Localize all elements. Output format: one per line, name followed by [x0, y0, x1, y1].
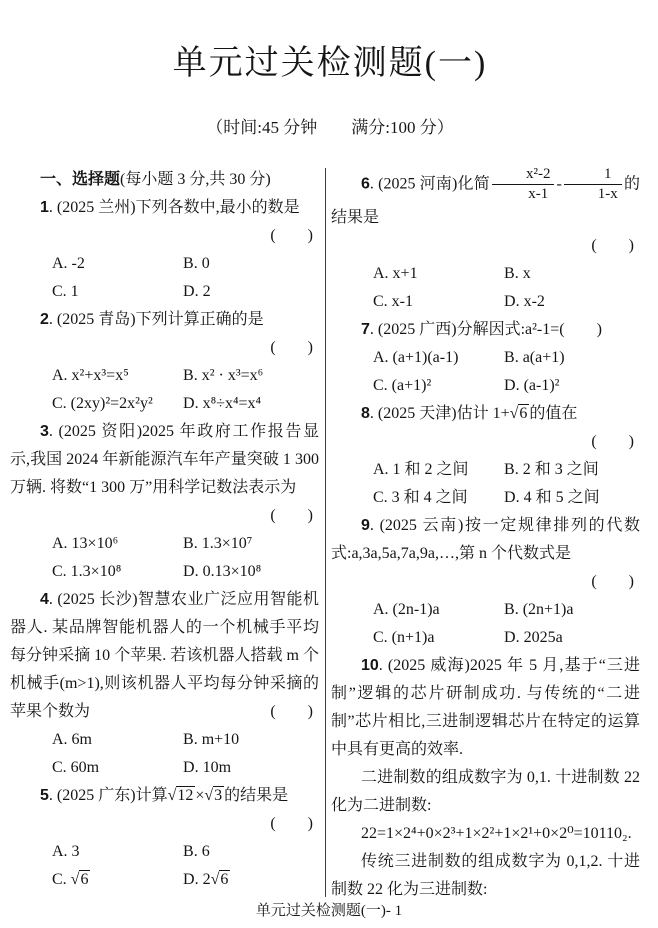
answer-brackets: ( ): [10, 810, 319, 838]
question-4-option-d: D. 10m: [183, 754, 319, 782]
question-6-dot: .: [370, 175, 378, 192]
fraction: x²-2x-1: [492, 166, 555, 204]
question-1-options-ab: A. -2 B. 0: [10, 250, 319, 278]
question-2-options-cd: C. (2xy)²=2x²y² D. x⁸÷x⁴=x⁴: [10, 390, 319, 418]
minus-sign: -: [556, 175, 561, 192]
question-9-options-ab: A. (2n-1)a B. (2n+1)a: [331, 596, 640, 624]
option-label: C.: [52, 871, 71, 888]
question-6-number: 6: [361, 175, 370, 192]
question-3: 3. (2025 资阳)2025 年政府工作报告显示,我国 2024 年新能源汽…: [10, 418, 319, 586]
question-7-option-b: B. a(a+1): [504, 344, 640, 372]
sqrt-expression: √6: [510, 404, 530, 422]
question-6-option-b: B. x: [504, 260, 640, 288]
question-3-options-ab: A. 13×10⁶ B. 1.3×10⁷: [10, 530, 319, 558]
question-5-option-c: C. √6: [10, 866, 183, 894]
question-6-stem: 6. (2025 河南)化简x²-2x-1-11-x的结果是: [331, 166, 640, 232]
question-8-number: 8: [361, 405, 370, 422]
question-3-option-b: B. 1.3×10⁷: [183, 530, 319, 558]
question-1-option-a: A. -2: [10, 250, 183, 278]
question-7-option-d: D. (a-1)²: [504, 372, 640, 400]
question-2-option-a: A. x²+x³=x⁵: [10, 362, 183, 390]
question-1-number: 1: [40, 199, 49, 216]
question-2-dot: .: [49, 311, 57, 328]
question-9-stem: 9. (2025 云南)按一定规律排列的代数式:a,3a,5a,7a,9a,…,…: [331, 512, 640, 568]
radical-icon: √: [204, 787, 213, 804]
question-8-options-ab: A. 1 和 2 之间 B. 2 和 3 之间: [331, 456, 640, 484]
question-4-option-c: C. 60m: [10, 754, 183, 782]
question-1-text: (2025 兰州)下列各数中,最小的数是: [57, 199, 300, 216]
question-6-options-cd: C. x-1 D. x-2: [331, 288, 640, 316]
question-5-dot: .: [49, 787, 57, 804]
question-7-stem: 7. (2025 广西)分解因式:a²-1=( ): [331, 316, 640, 344]
question-10-stem: 10. (2025 威海)2025 年 5 月,基于“三进制”逻辑的芯片研制成功…: [331, 652, 640, 764]
question-7-options-ab: A. (a+1)(a-1) B. a(a+1): [331, 344, 640, 372]
radicand: 3: [213, 786, 224, 804]
column-divider: [325, 168, 326, 897]
question-8: 8. (2025 天津)估计 1+√6的值在 ( ) A. 1 和 2 之间 B…: [331, 400, 640, 512]
question-2: 2. (2025 青岛)下列计算正确的是 ( ) A. x²+x³=x⁵ B. …: [10, 306, 319, 418]
question-2-text: (2025 青岛)下列计算正确的是: [57, 311, 264, 328]
question-4: 4. (2025 长沙)智慧农业广泛应用智能机器人. 某品牌智能机器人的一个机械…: [10, 586, 319, 782]
question-10-paragraph-binary: 二进制数的组成数字为 0,1. 十进制数 22 化为二进制数:: [331, 764, 640, 820]
question-3-option-a: A. 13×10⁶: [10, 530, 183, 558]
question-7-options-cd: C. (a+1)² D. (a-1)²: [331, 372, 640, 400]
question-8-option-d: D. 4 和 5 之间: [504, 484, 640, 512]
question-8-option-b: B. 2 和 3 之间: [504, 456, 640, 484]
question-5-text-pre: (2025 广东)计算: [57, 787, 168, 804]
question-6-option-c: C. x-1: [331, 288, 504, 316]
question-7: 7. (2025 广西)分解因式:a²-1=( ) A. (a+1)(a-1) …: [331, 316, 640, 400]
question-1-option-b: B. 0: [183, 250, 319, 278]
fraction-denominator: 1-x: [564, 185, 622, 203]
question-3-option-d: D. 0.13×10⁸: [183, 558, 319, 586]
sqrt-expression: √3: [204, 786, 224, 804]
left-column: 一、选择题(每小题 3 分,共 30 分) 1. (2025 兰州)下列各数中,…: [10, 166, 319, 903]
question-5-option-a: A. 3: [10, 838, 183, 866]
question-9-number: 9: [361, 517, 370, 534]
exam-meta: （时间:45 分钟 满分:100 分）: [10, 116, 650, 140]
section-heading-title: 一、选择题: [40, 171, 120, 188]
answer-brackets: ( ): [331, 428, 640, 456]
radicand: 6: [518, 404, 529, 422]
radicand: 6: [79, 870, 90, 888]
question-5-text-post: 的结果是: [224, 787, 288, 804]
question-4-options-cd: C. 60m D. 10m: [10, 754, 319, 782]
question-5-option-d: D. 2√6: [183, 866, 319, 894]
question-2-option-c: C. (2xy)²=2x²y²: [10, 390, 183, 418]
question-2-stem: 2. (2025 青岛)下列计算正确的是: [10, 306, 319, 334]
question-4-number: 4: [40, 591, 49, 608]
question-10-paragraph-ternary: 传统三进制数的组成数字为 0,1,2. 十进制数 22 化为三进制数:: [331, 848, 640, 904]
question-5-options-ab: A. 3 B. 6: [10, 838, 319, 866]
page-title: 单元过关检测题(一): [10, 40, 650, 88]
section-heading-note: (每小题 3 分,共 30 分): [120, 171, 271, 188]
question-8-option-a: A. 1 和 2 之间: [331, 456, 504, 484]
question-1: 1. (2025 兰州)下列各数中,最小的数是 ( ) A. -2 B. 0 C…: [10, 194, 319, 306]
fraction: 11-x: [564, 166, 622, 204]
question-1-stem: 1. (2025 兰州)下列各数中,最小的数是: [10, 194, 319, 222]
radicand: 6: [219, 870, 230, 888]
question-7-option-a: A. (a+1)(a-1): [331, 344, 504, 372]
question-6-text-pre: (2025 河南)化简: [378, 175, 490, 192]
page-footer: 单元过关检测题(一)- 1: [0, 899, 658, 920]
sqrt-expression: √6: [211, 870, 231, 888]
question-5-number: 5: [40, 787, 49, 804]
question-5-option-b: B. 6: [183, 838, 319, 866]
sqrt-expression: √12: [168, 786, 196, 804]
question-9-option-a: A. (2n-1)a: [331, 596, 504, 624]
answer-brackets: ( ): [331, 568, 640, 596]
question-10: 10. (2025 威海)2025 年 5 月,基于“三进制”逻辑的芯片研制成功…: [331, 652, 640, 904]
fraction-numerator: x²-2: [492, 166, 555, 185]
sqrt-expression: √6: [71, 870, 91, 888]
question-8-text-post: 的值在: [529, 405, 577, 422]
question-9-option-d: D. 2025a: [504, 624, 640, 652]
question-1-option-c: C. 1: [10, 278, 183, 306]
question-4-stem: 4. (2025 长沙)智慧农业广泛应用智能机器人. 某品牌智能机器人的一个机械…: [10, 586, 319, 726]
question-3-number: 3: [40, 423, 49, 440]
question-7-text: (2025 广西)分解因式:a²-1=( ): [378, 321, 602, 338]
question-10-number: 10: [361, 657, 379, 674]
question-3-dot: .: [49, 423, 59, 440]
fraction-denominator: x-1: [492, 185, 555, 203]
question-7-option-c: C. (a+1)²: [331, 372, 504, 400]
fraction-numerator: 1: [564, 166, 622, 185]
answer-brackets: ( ): [10, 334, 319, 362]
question-6-option-d: D. x-2: [504, 288, 640, 316]
question-9-options-cd: C. (n+1)a D. 2025a: [331, 624, 640, 652]
two-column-layout: 一、选择题(每小题 3 分,共 30 分) 1. (2025 兰州)下列各数中,…: [10, 166, 650, 903]
question-3-option-c: C. 1.3×10⁸: [10, 558, 183, 586]
right-column: 6. (2025 河南)化简x²-2x-1-11-x的结果是 ( ) A. x+…: [331, 166, 640, 903]
question-3-options-cd: C. 1.3×10⁸ D. 0.13×10⁸: [10, 558, 319, 586]
question-4-option-b: B. m+10: [183, 726, 319, 754]
answer-brackets: ( ): [331, 232, 640, 260]
question-1-options-cd: C. 1 D. 2: [10, 278, 319, 306]
question-8-stem: 8. (2025 天津)估计 1+√6的值在: [331, 400, 640, 428]
question-6: 6. (2025 河南)化简x²-2x-1-11-x的结果是 ( ) A. x+…: [331, 166, 640, 316]
question-10-binary-formula: 22=1×2⁴+0×2³+1×2²+1×2¹+0×2⁰=10110₂.: [331, 820, 640, 848]
question-9-dot: .: [370, 517, 380, 534]
question-1-option-d: D. 2: [183, 278, 319, 306]
question-7-number: 7: [361, 321, 370, 338]
question-2-option-d: D. x⁸÷x⁴=x⁴: [183, 390, 319, 418]
radicand: 12: [176, 786, 195, 804]
question-10-dot: .: [379, 657, 388, 674]
question-1-dot: .: [49, 199, 57, 216]
option-label: D. 2: [183, 871, 211, 888]
question-2-options-ab: A. x²+x³=x⁵ B. x² · x³=x⁶: [10, 362, 319, 390]
question-8-option-c: C. 3 和 4 之间: [331, 484, 504, 512]
question-4-options-ab: A. 6m B. m+10: [10, 726, 319, 754]
question-3-stem: 3. (2025 资阳)2025 年政府工作报告显示,我国 2024 年新能源汽…: [10, 418, 319, 530]
exam-page: 单元过关检测题(一) （时间:45 分钟 满分:100 分） 一、选择题(每小题…: [0, 0, 658, 928]
question-5-options-cd: C. √6 D. 2√6: [10, 866, 319, 894]
question-7-dot: .: [370, 321, 378, 338]
question-6-options-ab: A. x+1 B. x: [331, 260, 640, 288]
question-8-options-cd: C. 3 和 4 之间 D. 4 和 5 之间: [331, 484, 640, 512]
section-heading: 一、选择题(每小题 3 分,共 30 分): [10, 166, 319, 194]
question-9-option-b: B. (2n+1)a: [504, 596, 640, 624]
question-8-text-pre: (2025 天津)估计 1+: [378, 405, 510, 422]
question-5-stem: 5. (2025 广东)计算√12×√3的结果是: [10, 782, 319, 810]
question-8-dot: .: [370, 405, 378, 422]
question-2-option-b: B. x² · x³=x⁶: [183, 362, 319, 390]
question-9: 9. (2025 云南)按一定规律排列的代数式:a,3a,5a,7a,9a,…,…: [331, 512, 640, 652]
question-6-option-a: A. x+1: [331, 260, 504, 288]
answer-brackets: ( ): [240, 698, 319, 726]
question-9-option-c: C. (n+1)a: [331, 624, 504, 652]
answer-brackets: ( ): [240, 502, 319, 530]
question-5: 5. (2025 广东)计算√12×√3的结果是 ( ) A. 3 B. 6 C…: [10, 782, 319, 894]
answer-brackets: ( ): [10, 222, 319, 250]
question-4-option-a: A. 6m: [10, 726, 183, 754]
question-2-number: 2: [40, 311, 49, 328]
